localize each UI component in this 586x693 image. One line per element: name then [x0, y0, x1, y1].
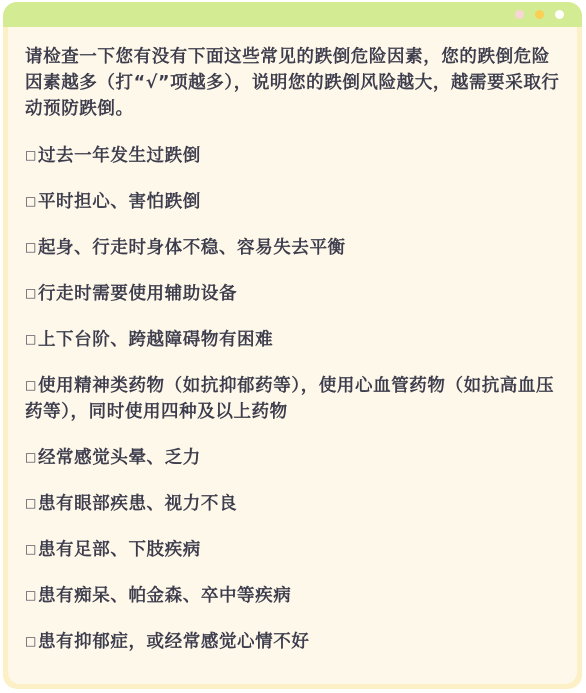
checkbox-icon[interactable]: □: [25, 286, 37, 300]
checklist-item[interactable]: □患有抑郁症，或经常感觉心情不好: [25, 628, 563, 655]
checklist-item-label: 过去一年发生过跌倒: [38, 146, 201, 166]
checkbox-icon[interactable]: □: [25, 542, 37, 556]
checklist-item-label: 上下台阶、跨越障碍物有困难: [38, 330, 273, 350]
checklist-content: 请检查一下您有没有下面这些常见的跌倒危险因素，您的跌倒危险因素越多（打“√”项越…: [25, 44, 563, 655]
card-body: 请检查一下您有没有下面这些常见的跌倒危险因素，您的跌倒危险因素越多（打“√”项越…: [8, 27, 577, 684]
checkbox-icon[interactable]: □: [25, 240, 37, 254]
checkbox-icon[interactable]: □: [25, 450, 37, 464]
checkbox-icon[interactable]: □: [25, 194, 37, 208]
checklist-item-label: 平时担心、害怕跌倒: [38, 192, 201, 212]
intro-text: 请检查一下您有没有下面这些常见的跌倒危险因素，您的跌倒危险因素越多（打“√”项越…: [25, 44, 563, 122]
checklist-item[interactable]: □上下台阶、跨越障碍物有困难: [25, 326, 563, 353]
checkbox-icon[interactable]: □: [25, 588, 37, 602]
checklist-item[interactable]: □平时担心、害怕跌倒: [25, 188, 563, 215]
checklist-item-label: 患有足部、下肢疾病: [38, 540, 201, 560]
window-dots: [515, 10, 564, 19]
checkbox-icon[interactable]: □: [25, 378, 37, 392]
white-dot-icon: [555, 10, 564, 19]
checkbox-icon[interactable]: □: [25, 332, 37, 346]
checklist-item[interactable]: □行走时需要使用辅助设备: [25, 280, 563, 307]
checklist-item-label: 起身、行走时身体不稳、容易失去平衡: [38, 238, 346, 258]
checklist-item[interactable]: □患有眼部疾患、视力不良: [25, 490, 563, 517]
checklist-item[interactable]: □经常感觉头晕、乏力: [25, 444, 563, 471]
checklist-item-label: 使用精神类药物（如抗抑郁药等），使用心血管药物（如抗高血压药等），同时使用四种及…: [25, 376, 554, 422]
checklist-card: 请检查一下您有没有下面这些常见的跌倒危险因素，您的跌倒危险因素越多（打“√”项越…: [3, 2, 582, 689]
checklist-item-label: 患有痴呆、帕金森、卒中等疾病: [38, 586, 291, 606]
checklist-item-label: 患有眼部疾患、视力不良: [38, 494, 237, 514]
pink-dot-icon: [515, 10, 524, 19]
checkbox-icon[interactable]: □: [25, 634, 37, 648]
checklist-item-label: 行走时需要使用辅助设备: [38, 284, 237, 304]
checkbox-icon[interactable]: □: [25, 496, 37, 510]
checklist-item[interactable]: □使用精神类药物（如抗抑郁药等），使用心血管药物（如抗高血压药等），同时使用四种…: [25, 372, 563, 425]
checklist-item-label: 经常感觉头晕、乏力: [38, 448, 201, 468]
checkbox-icon[interactable]: □: [25, 148, 37, 162]
checklist-item[interactable]: □过去一年发生过跌倒: [25, 142, 563, 169]
checklist-item[interactable]: □患有足部、下肢疾病: [25, 536, 563, 563]
window-titlebar: [3, 2, 582, 27]
yellow-dot-icon: [535, 10, 544, 19]
checklist-item[interactable]: □起身、行走时身体不稳、容易失去平衡: [25, 234, 563, 261]
checklist-item-label: 患有抑郁症，或经常感觉心情不好: [38, 632, 310, 652]
checklist-item[interactable]: □患有痴呆、帕金森、卒中等疾病: [25, 582, 563, 609]
